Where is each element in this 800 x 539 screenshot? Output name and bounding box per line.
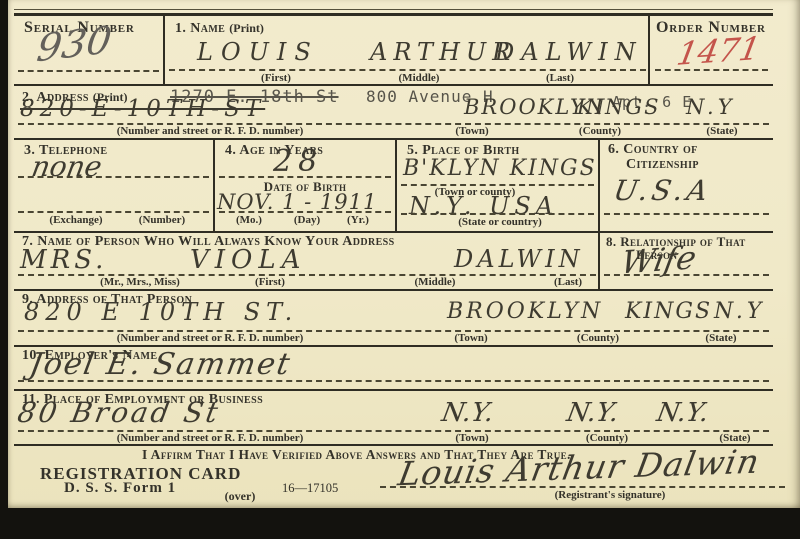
employment-street-sublabel: (Number and street or R. F. D. number): [117, 432, 304, 444]
contact-address-town-value: BROOKLYN: [447, 299, 603, 324]
citizenship-label-line2: Citizenship: [626, 157, 699, 173]
contact-address-town-sublabel: (Town): [454, 332, 487, 344]
age-entry-line: [219, 176, 391, 178]
employment-street-value: 80 Broad St: [15, 396, 223, 429]
contact-address-street-value: 820 E 10TH ST.: [24, 298, 298, 326]
address-state-sublabel: (State): [706, 125, 737, 137]
relationship-entry-line: [604, 274, 769, 276]
contact-address-state-sublabel: (State): [705, 332, 736, 344]
order-number-cell: Order Number 1471: [648, 16, 773, 84]
citizenship-label-line1: 6. Country of: [608, 142, 698, 158]
employment-county-value: N.Y.: [564, 398, 621, 428]
address-street-sublabel: (Number and street or R. F. D. number): [117, 125, 304, 137]
contact-address-county-sublabel: (County): [577, 332, 619, 344]
contact-last-sublabel: (Last): [554, 276, 582, 288]
birthplace-state-sublabel: (State or country): [458, 216, 542, 228]
signature-sublabel: (Registrant's signature): [555, 489, 666, 501]
name-first-value: LOUIS: [197, 38, 319, 66]
footer-form-number: D. S. S. Form 1: [64, 480, 176, 497]
top-rule: [14, 9, 773, 10]
employment-state-value: N.Y.: [654, 398, 711, 428]
row-address: 2. Address (Print) 1270-E.-18th-St 800 A…: [14, 86, 773, 140]
name-last-sublabel: (Last): [546, 72, 574, 84]
telephone-exchange-sublabel: (Exchange): [49, 214, 102, 226]
address-county-sublabel: (County): [579, 125, 621, 137]
telephone-cell: 3. Telephone none (Exchange) (Number): [14, 140, 213, 231]
order-number-value: 1471: [674, 29, 763, 73]
citizenship-value: U.S.A: [611, 174, 714, 207]
row-contact-address: 9. Address of That Person 820 E 10TH ST.…: [14, 291, 773, 347]
address-state-value: N.Y: [686, 95, 736, 119]
contact-last-value: DALWIN: [454, 245, 584, 273]
telephone-line-1: [18, 176, 209, 178]
row-serial-name-order: Serial Number 930 1. Name (Print) LOUIS …: [14, 16, 773, 86]
serial-number-value: 930: [34, 18, 114, 71]
employer-value: Joel E. Sammet: [27, 347, 294, 382]
footer-print-code: 16—17105: [282, 481, 338, 496]
name-last-value: DALWIN: [495, 38, 643, 66]
citizenship-entry-line: [604, 213, 769, 215]
dob-entry-line: [219, 211, 391, 213]
employer-entry-line: [18, 380, 769, 382]
dob-month-sublabel: (Mo.): [236, 214, 262, 226]
row-contact-relationship: 7. Name of Person Who Will Always Know Y…: [14, 233, 773, 291]
birthplace-town-value: B'KLYN KINGS: [403, 156, 597, 181]
draft-registration-card: Serial Number 930 1. Name (Print) LOUIS …: [8, 0, 800, 508]
contact-person-cell: 7. Name of Person Who Will Always Know Y…: [14, 233, 598, 289]
address-town-sublabel: (Town): [455, 125, 488, 137]
dob-day-sublabel: (Day): [294, 214, 320, 226]
telephone-value: none: [29, 150, 104, 183]
telephone-line-2: [18, 211, 209, 213]
name-label-paren: (Print): [229, 21, 264, 35]
contact-address-street-sublabel: (Number and street or R. F. D. number): [117, 332, 304, 344]
employment-county-sublabel: (County): [586, 432, 628, 444]
name-entry-line: [169, 69, 646, 71]
dob-year-sublabel: (Yr.): [347, 214, 369, 226]
age-value: 28: [273, 144, 323, 179]
serial-number-cell: Serial Number 930: [14, 16, 163, 84]
footer-over-label: (over): [225, 489, 256, 504]
contact-first-value: VIOLA: [190, 245, 306, 275]
order-entry-line: [655, 69, 768, 71]
row-employer: 10. Employer's Name Joel E. Sammet: [14, 347, 773, 391]
row-telephone-age-birth-citizenship: 3. Telephone none (Exchange) (Number) 4.…: [14, 140, 773, 233]
contact-address-county-value: KINGS: [625, 299, 712, 324]
name-cell: 1. Name (Print) LOUIS ARTHUR DALWIN (Fir…: [163, 16, 648, 84]
name-label: 1. Name: [175, 21, 225, 36]
contact-title-value: MRS.: [20, 245, 107, 275]
serial-entry-line: [18, 70, 159, 72]
employment-town-sublabel: (Town): [455, 432, 488, 444]
relationship-cell: 8. Relationship of That Person Wife: [598, 233, 773, 289]
address-written-street: 820-E-10TH-ST: [20, 96, 265, 122]
row-employment: 11. Place of Employment or Business 80 B…: [14, 391, 773, 446]
birthplace-cell: 5. Place of Birth B'KLYN KINGS (Town or …: [395, 140, 598, 231]
form-table: Serial Number 930 1. Name (Print) LOUIS …: [14, 13, 773, 463]
address-county-value: KINGS: [577, 95, 661, 119]
contact-first-sublabel: (First): [255, 276, 285, 288]
citizenship-cell: 6. Country of Citizenship U.S.A: [598, 140, 773, 231]
employment-town-value: N.Y.: [439, 398, 496, 428]
contact-middle-sublabel: (Middle): [415, 276, 456, 288]
name-middle-sublabel: (Middle): [399, 72, 440, 84]
name-first-sublabel: (First): [261, 72, 291, 84]
telephone-number-sublabel: (Number): [139, 214, 185, 226]
contact-address-state-value: N.Y: [714, 299, 765, 324]
contact-title-sublabel: (Mr., Mrs., Miss): [100, 276, 180, 288]
age-cell: 4. Age in Years 28 Date of Birth NOV. 1 …: [213, 140, 395, 231]
birthplace-line-2: [401, 213, 594, 215]
signature-line: [380, 486, 785, 488]
